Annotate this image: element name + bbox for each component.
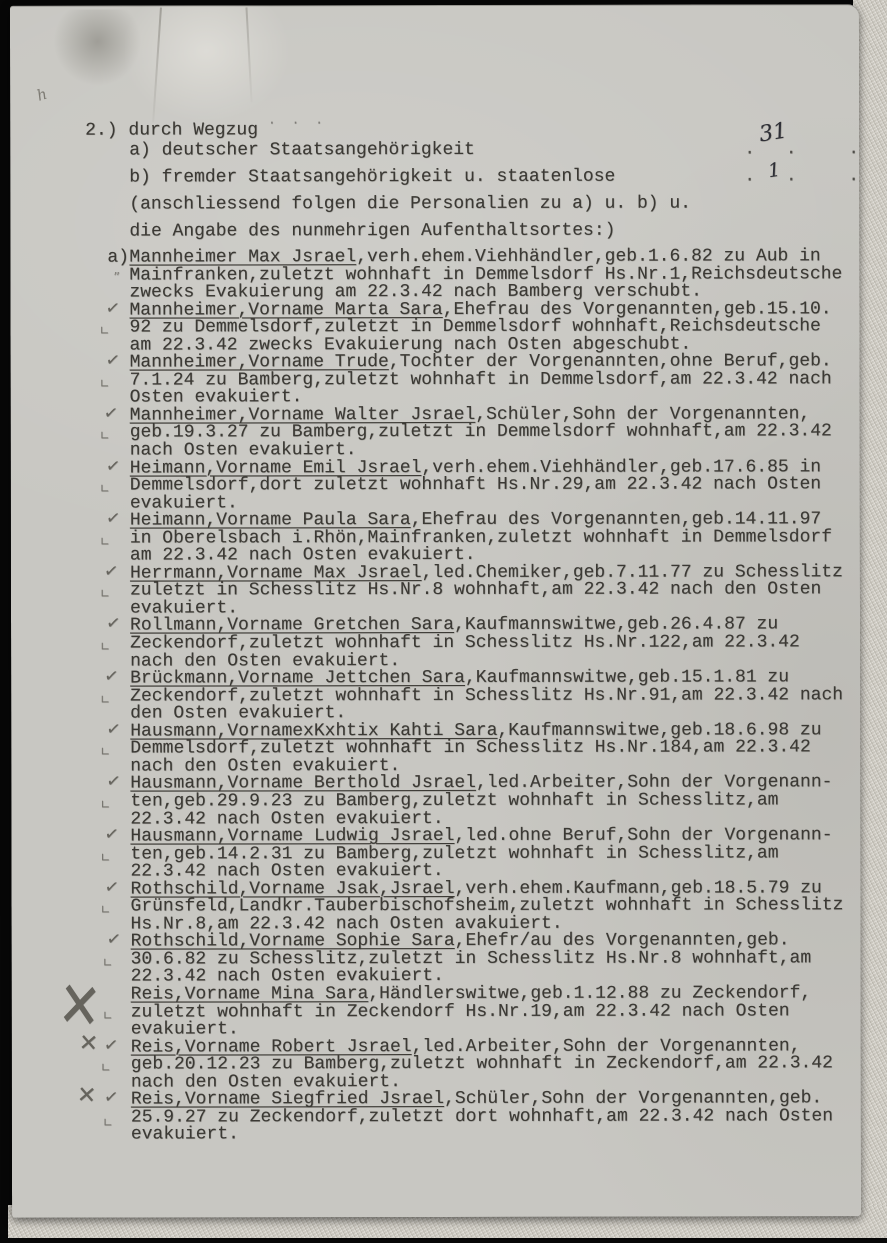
angle-pencil-mark: ∟ [99,323,109,341]
x-pencil-mark: ✕ [78,1035,98,1054]
angle-pencil-mark: ∟ [103,1114,113,1132]
entry-prefix: a) [107,250,129,268]
entry: ✓∟Mannheimer,Vorname Walter Jsrael,Schül… [130,406,843,460]
scanned-document-background: { "colors":{ "paper":"#c8c7c2", "ink":"#… [0,0,887,1243]
entry: ✓∟Brückmann,Vorname Jettchen Sara,Kaufma… [130,669,843,723]
angle-pencil-mark: ∟ [100,849,110,867]
entry: ✓∟Rothschild,Vorname Jsak,Jsrael,verh.eh… [130,880,843,934]
check-pencil-mark: ✓ [103,668,120,687]
quote-pencil-mark: ” [113,269,120,287]
entry: ✓∟Mannheimer,Vorname Trude,Tochter der V… [130,354,843,408]
entry: ✓∟Heimann,Vorname Paula Sara,Ehefrau des… [130,511,843,565]
check-pencil-mark: ✓ [104,299,121,318]
angle-pencil-mark: ∟ [101,1060,111,1078]
entry: ✕✓∟Reis,Vorname Robert Jsrael,led.Arbeit… [131,1038,844,1092]
count-line-b-label: b) fremder Staatsangehörigkeit u. staate… [129,167,615,188]
angle-pencil-mark: ∟ [101,902,111,920]
angle-pencil-mark: ∟ [100,744,110,762]
entries: ”a)Mannheimer Max Jsrael,verh.ehem.Viehh… [129,248,843,1144]
count-line-a-label: a) deutscher Staatsangehörigkeit [129,140,475,161]
entry-line: evakuiert. [131,1126,844,1145]
angle-pencil-mark: ∟ [100,691,110,709]
angle-pencil-mark: ∟ [100,586,110,604]
handwritten-count-b: 1 [767,162,781,181]
section-title: durch Wegzug [128,120,258,140]
check-pencil-mark: ✓ [105,457,122,476]
section-heading-gap [118,121,129,141]
check-pencil-mark: ✓ [103,405,120,424]
check-pencil-mark: ✓ [103,1089,120,1108]
entry: ✕✓∟Reis,Vorname Siegfried Jsrael,Schüler… [131,1091,844,1145]
check-pencil-mark: ✓ [103,563,120,582]
entry-line: ten,geb.29.9.23 zu Bamberg,zuletzt wohnh… [130,792,843,811]
angle-pencil-mark: ∟ [100,375,110,393]
entry-line: Zeckendorf,zuletzt wohnhaft in Schesslit… [130,634,843,653]
count-line-a: a) deutscher Staatsangehörigkeit. . .31 [129,142,475,160]
entry: ”a)Mannheimer Max Jsrael,verh.ehem.Viehh… [129,248,842,302]
document-page: h 2.) durch Wegzug· · · a) deutscher Sta… [10,4,861,1217]
entry: ✓∟Hausmann,Vorname Berthold Jsrael,led.A… [130,775,843,829]
check-pencil-mark: ✓ [103,1036,120,1055]
angle-pencil-mark: ∟ [100,428,110,446]
note-line-1: (anschliessend folgen die Personalien zu… [129,196,691,215]
handwritten-count-a: 31 [758,122,788,144]
entry: ✓∟Heimann,Vorname Emil Jsrael,verh.ehem.… [130,459,843,513]
angle-pencil-mark: ∟ [100,639,110,657]
check-pencil-mark: ✓ [105,773,122,792]
entry: ✓∟Hausmann,Vorname Ludwig Jsrael,led.ohn… [130,827,843,881]
count-line-b: b) fremder Staatsangehörigkeit u. staate… [129,169,615,187]
angle-pencil-mark: ∟ [100,533,110,551]
check-pencil-mark: ✓ [104,352,121,371]
check-pencil-mark: ✓ [103,878,120,897]
check-pencil-mark: ✓ [105,615,122,634]
angle-pencil-mark: ∟ [100,797,110,815]
entry: ✓∟Hausmann,VornamexKxhtix Kahti Sara,Kau… [130,722,843,776]
entry: ✓∟Rothschild,Vorname Sophie Sara,Ehefr/a… [131,933,844,987]
check-pencil-mark: ✓ [105,931,122,950]
check-pencil-mark: ✓ [103,826,120,845]
section-number: 2.) [85,121,117,141]
section-heading: 2.) durch Wegzug· · · [85,114,327,140]
typewritten-text-layer: 2.) durch Wegzug· · · a) deutscher Staat… [10,4,861,1217]
angle-pencil-mark: ∟ [103,954,113,972]
dot-leader: . . . [744,168,869,186]
x-pencil-mark: ✕ [76,1087,96,1106]
note-line-2: die Angabe des nunmehrigen Aufenthaltsor… [129,223,615,241]
angle-pencil-mark: ∟ [100,481,110,499]
angle-pencil-mark: ∟ [103,1007,113,1025]
check-pencil-mark: ✓ [105,720,122,739]
entry: ✕∟Reis,Vorname Mina Sara,Händlerswitwe,g… [131,985,844,1039]
faint-dots: · · · [268,115,327,130]
entry: ✓∟Rollmann,Vorname Gretchen Sara,Kaufman… [130,617,843,671]
entry: ✓∟Herrmann,Vorname Max Jsrael,led.Chemik… [130,564,843,618]
entry: ✓∟Mannheimer,Vorname Marta Sara,Ehefrau … [129,301,842,355]
check-pencil-mark: ✓ [105,510,122,529]
